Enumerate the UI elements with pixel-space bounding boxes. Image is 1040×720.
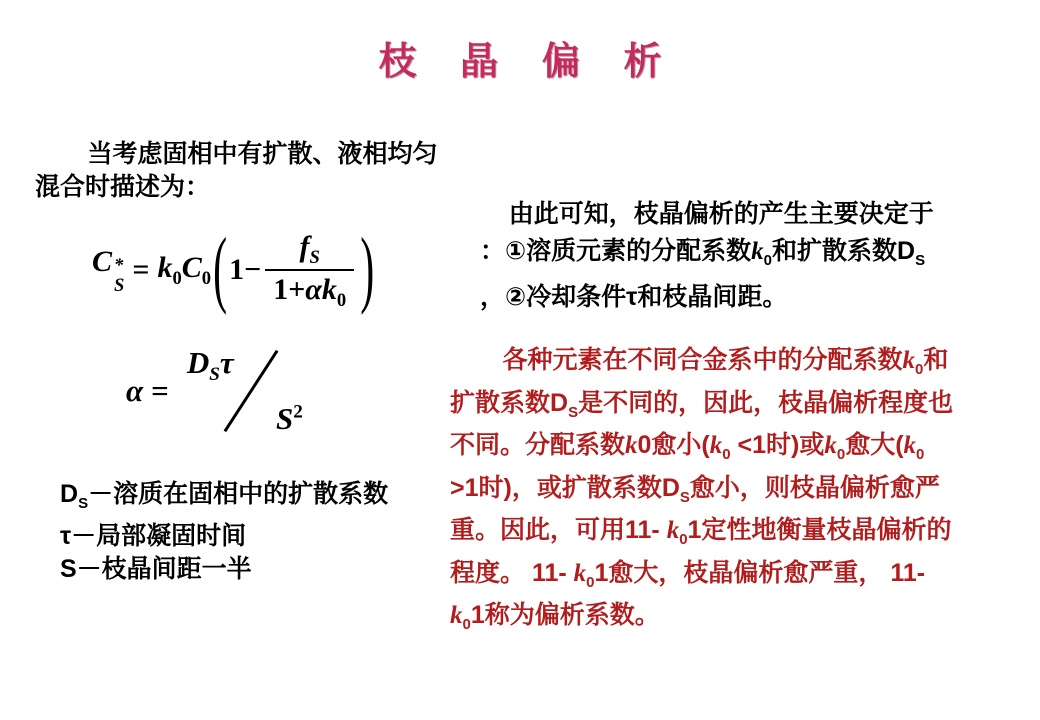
formula-alpha: α = DSτ S2 (126, 346, 305, 436)
fraction: fS 1+αk0 (265, 228, 354, 312)
text-segment: k (574, 560, 587, 587)
alpha-symbol: α (126, 373, 143, 409)
text-line: k01称为偏析系数。 (450, 599, 1022, 642)
text-segment: 和 (923, 346, 948, 374)
text-segment: 重。因此，可用11- (450, 516, 667, 544)
text-segment: 愈大( (845, 431, 903, 459)
text-line: ，②冷却条件τ和枝晶间距。 (480, 279, 1028, 316)
fraction-denominator: 1+αk0 (265, 269, 354, 312)
text-line: 当考虑固相中有扩散、液相均匀 (35, 138, 505, 171)
text-segment: 0愈小( (638, 431, 710, 459)
superscript-star: * (114, 256, 123, 276)
text-line: 程度。 11- k01愈大，枝晶偏析愈严重， 11- (450, 557, 1022, 600)
text-segment: 混合时描述为： (35, 173, 210, 201)
text-line: >1时)，或扩散系数DS愈小，则枝晶偏析愈严 (450, 472, 1022, 515)
one-minus: 1− (229, 253, 261, 287)
close-paren: ) (360, 227, 374, 313)
text-line: 不同。分配系数k0愈小(k0 <1时)或k0愈大(k0 (450, 429, 1022, 472)
text-segment: 0 (586, 574, 594, 591)
text-segment: 和扩散系数D (772, 237, 915, 265)
text-segment: －溶质在固相中的扩散系数 (88, 480, 388, 508)
text-line: DS－溶质在固相中的扩散系数 (60, 478, 480, 520)
text-line: 混合时描述为： (35, 171, 505, 204)
text-segment: 0 (764, 252, 772, 269)
text-line: 各种元素在不同合金系中的分配系数k0和 (450, 344, 1022, 387)
text-segment: S－枝晶间距一半 (60, 555, 252, 583)
text-segment: 愈小，则枝晶偏析愈严 (690, 474, 940, 502)
text-segment: >1时)，或扩散系数D (450, 474, 680, 502)
symbol-legend: DS－溶质在固相中的扩散系数τ－局部凝固时间S－枝晶间距一半 (60, 478, 480, 586)
text-segment: k (625, 432, 638, 459)
formula-scheil-modified: C*S = k0 C0 ( 1− fS 1+αk0 ) (92, 224, 376, 316)
text-segment: S (915, 252, 925, 269)
intro-paragraph: 当考虑固相中有扩散、液相均匀混合时描述为： (35, 138, 505, 204)
diag-numerator: DSτ (187, 345, 234, 386)
text-segment: 是不同的，因此，枝晶偏析程度也 (578, 389, 953, 417)
text-segment: k (710, 432, 723, 459)
text-segment: 各种元素在不同合金系中的分配系数 (503, 346, 903, 374)
text-segment: <1时)或 (731, 431, 825, 459)
text-segment: k (450, 602, 463, 629)
text-segment: k (751, 238, 764, 265)
slide-title: 枝晶偏析 (0, 30, 1040, 85)
text-segment: τ－局部凝固时间 (60, 522, 246, 550)
text-segment: D (60, 480, 78, 508)
formula-term-c0: C0 (182, 251, 211, 290)
text-segment: 0 (679, 531, 687, 548)
text-segment: S (78, 495, 88, 512)
text-line: 扩散系数DS是不同的，因此，枝晶偏析程度也 (450, 387, 1022, 430)
text-segment: k (824, 432, 837, 459)
text-segment: 1定性地衡量枝晶偏析的 (688, 516, 952, 544)
diag-denominator: S2 (276, 401, 303, 437)
text-segment: S (680, 489, 690, 506)
text-segment: 1称为偏析系数。 (471, 601, 660, 629)
text-segment: ，②冷却条件τ和枝晶间距。 (480, 283, 787, 311)
text-segment: k (903, 347, 916, 374)
text-segment: 由此可知，枝晶偏析的产生主要决定于 (509, 200, 934, 228)
text-segment: 不同。分配系数 (450, 431, 625, 459)
text-segment: 1愈大，枝晶偏析愈严重， 11- (595, 559, 926, 587)
text-line: ：①溶质元素的分配系数k0和扩散系数DS (480, 233, 1028, 279)
conclusion-paragraph: 由此可知，枝晶偏析的产生主要决定于：①溶质元素的分配系数k0和扩散系数DS，②冷… (480, 196, 1028, 316)
text-line: 由此可知，枝晶偏析的产生主要决定于 (480, 196, 1028, 233)
text-segment: S (568, 404, 578, 421)
formula-term-k0: k0 (157, 251, 181, 290)
slide: 枝晶偏析 当考虑固相中有扩散、液相均匀混合时描述为： C*S = k0 C0 (… (0, 0, 1040, 720)
open-paren: ( (213, 227, 227, 313)
text-line: τ－局部凝固时间 (60, 520, 480, 553)
equals-sign: = (132, 253, 149, 287)
red-explanation-paragraph: 各种元素在不同合金系中的分配系数k0和扩散系数DS是不同的，因此，枝晶偏析程度也… (450, 344, 1022, 642)
text-segment: k (667, 517, 680, 544)
text-segment: 扩散系数D (450, 389, 568, 417)
text-segment: 0 (463, 616, 471, 633)
text-segment: ：①溶质元素的分配系数 (480, 237, 751, 265)
subscript-s: S (114, 276, 124, 296)
fraction-numerator: fS (296, 228, 324, 269)
formula-term-cs: C*S (92, 245, 124, 295)
text-line: S－枝晶间距一半 (60, 553, 480, 586)
text-segment: 0 (837, 446, 845, 463)
text-line: 重。因此，可用11- k01定性地衡量枝晶偏析的 (450, 514, 1022, 557)
text-segment: 0 (722, 446, 730, 463)
diagonal-fraction: DSτ S2 (187, 347, 305, 435)
text-segment: k (904, 432, 917, 459)
equals-sign: = (151, 373, 169, 409)
text-segment: 0 (916, 446, 924, 463)
text-segment: 当考虑固相中有扩散、液相均匀 (88, 140, 438, 168)
